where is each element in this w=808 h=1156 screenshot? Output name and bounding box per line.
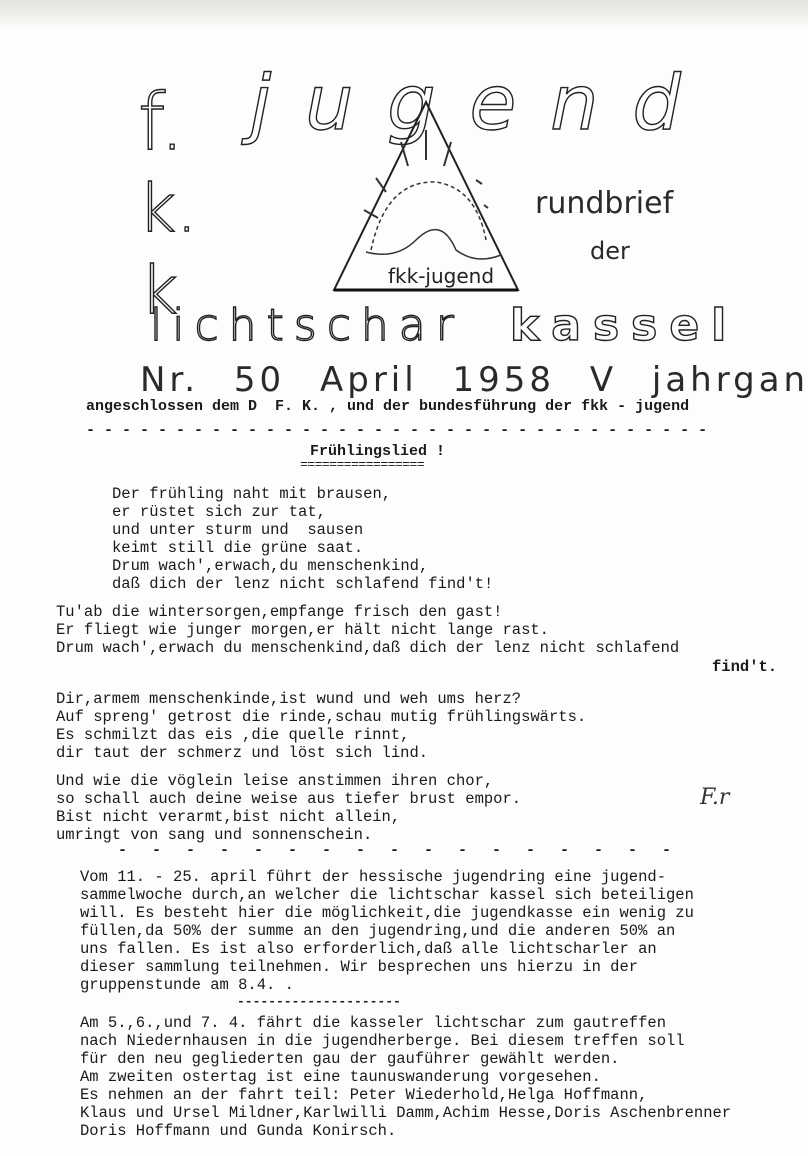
masthead-initial-f: f. xyxy=(138,78,185,168)
poem-stanza-3: Dir,armem menschenkinde,ist wund und weh… xyxy=(56,690,586,762)
masthead-subtitle-rundbrief: rundbrief xyxy=(535,186,673,221)
fkk-jugend-logo-icon: fkk-jugend xyxy=(326,100,526,300)
affiliation-line: angeschlossen dem D F. K. , und der bund… xyxy=(86,398,689,416)
poem-signature: F.r xyxy=(700,785,729,810)
separator-top: - - - - - - - - - - - - - - - - - - - - … xyxy=(86,422,707,439)
paragraph-sammelwoche: Vom 11. - 25. april führt der hessische … xyxy=(80,868,694,994)
masthead-city: kassel xyxy=(510,300,738,351)
masthead-initial-k1: k. xyxy=(138,170,197,247)
paper-edge-shading xyxy=(0,0,808,30)
svg-text:fkk-jugend: fkk-jugend xyxy=(388,264,494,288)
poem-title-underline: ================= xyxy=(300,456,424,474)
masthead-group-name: lichtschar xyxy=(150,300,464,351)
poem-stanza-4: Und wie die vöglein leise anstimmen ihre… xyxy=(56,772,521,844)
masthead-subtitle-der: der xyxy=(590,237,630,265)
paragraph-gautreffen: Am 5.,6.,und 7. 4. fährt die kasseler li… xyxy=(80,1014,731,1140)
poem-stanza-2-end: find't. xyxy=(712,658,777,676)
poem-stanza-1: Der frühling naht mit brausen, er rüstet… xyxy=(112,485,493,593)
separator-paragraph: --------------------- xyxy=(237,994,401,1009)
separator-middle: - - - - - - - - - - - - - - - - - xyxy=(118,842,679,859)
poem-stanza-2: Tu'ab die wintersorgen,empfange frisch d… xyxy=(56,603,679,657)
issue-line: Nr. 50 April 1958 V jahrgang xyxy=(140,360,808,400)
